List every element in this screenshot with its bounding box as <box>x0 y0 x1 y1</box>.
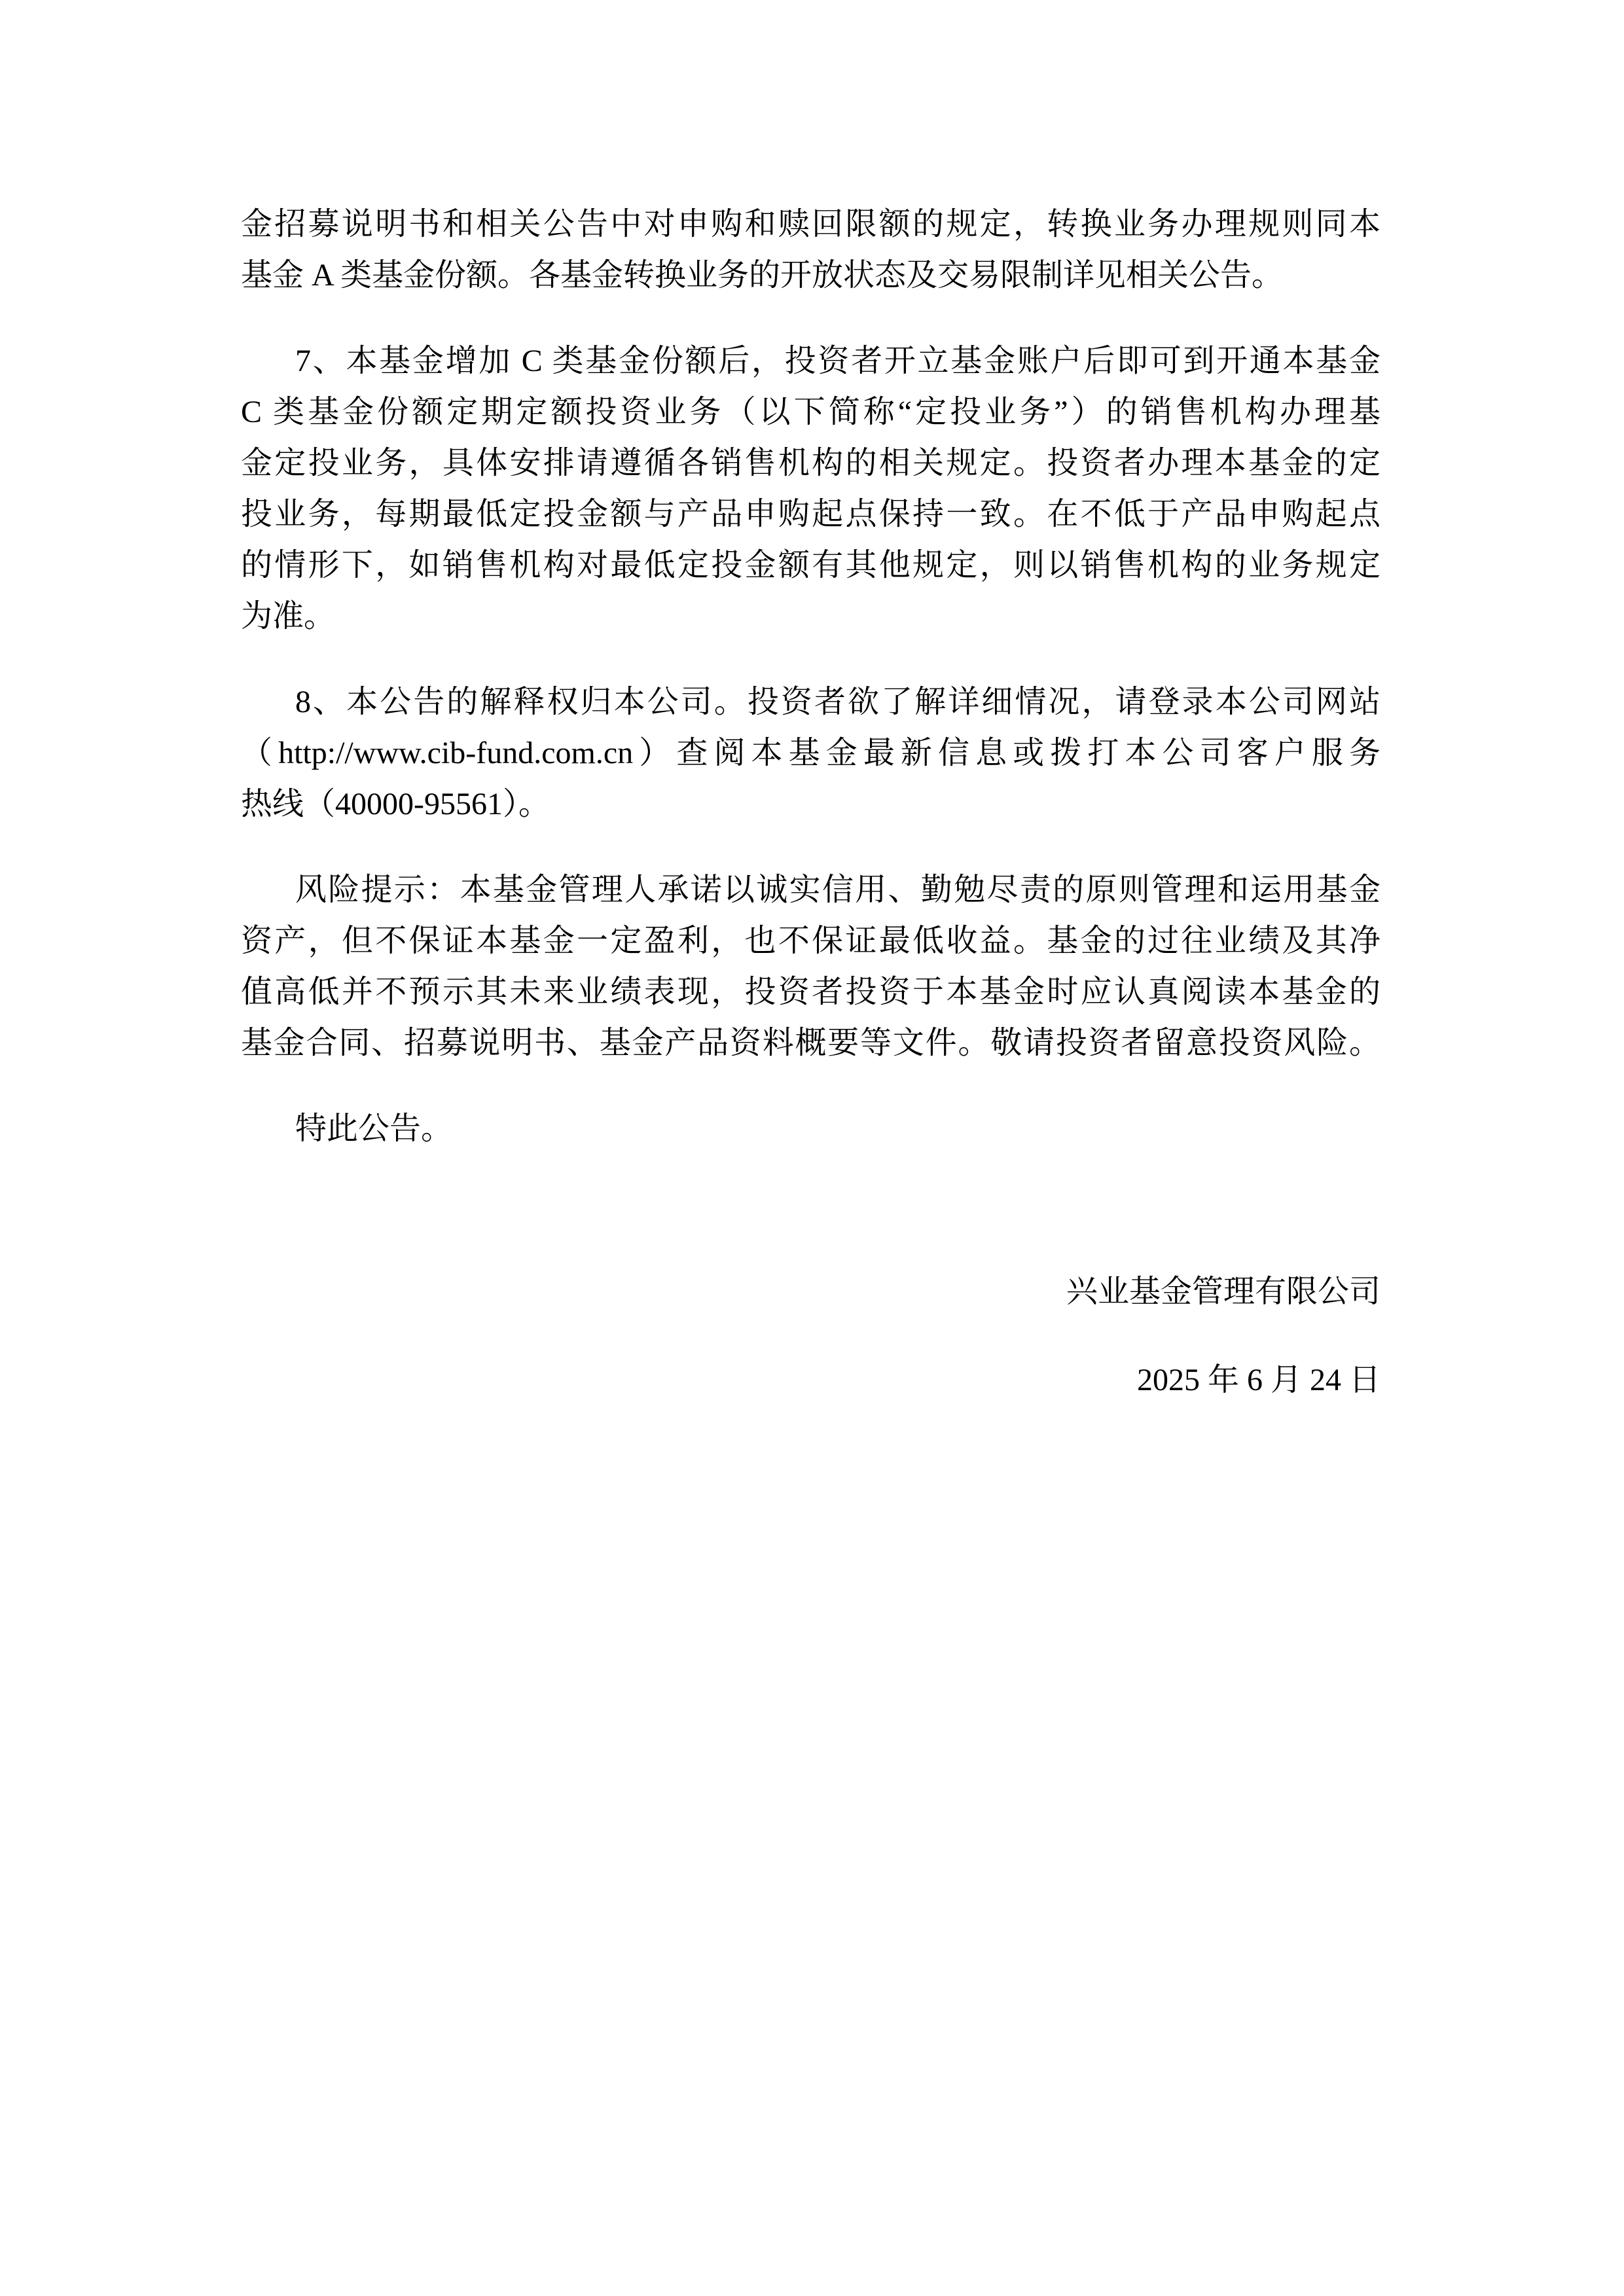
item-8-paragraph: 8、本公告的解释权归本公司。投资者欲了解详细情况，请登录本公司网站（http:/… <box>241 677 1380 830</box>
text-line: 风险提示：本基金管理人承诺以诚实信用、勤勉尽责的原则管理和运用基金 <box>241 865 1380 916</box>
text-line: 金定投业务，具体安排请遵循各销售机构的相关规定。投资者办理本基金的定 <box>241 438 1380 489</box>
text-line: 的情形下，如销售机构对最低定投金额有其他规定，则以销售机构的业务规定 <box>241 540 1380 591</box>
risk-warning-paragraph: 风险提示：本基金管理人承诺以诚实信用、勤勉尽责的原则管理和运用基金资产，但不保证… <box>241 865 1380 1069</box>
text-line: 基金合同、招募说明书、基金产品资料概要等文件。敬请投资者留意投资风险。 <box>241 1018 1380 1069</box>
announcement-date: 2025 年 6 月 24 日 <box>241 1355 1380 1406</box>
text-line: 投业务，每期最低定投金额与产品申购起点保持一致。在不低于产品申购起点 <box>241 489 1380 540</box>
text-line: 特此公告。 <box>241 1103 1380 1155</box>
text-line: 值高低并不预示其未来业绩表现，投资者投资于本基金时应认真阅读本基金的 <box>241 967 1380 1018</box>
text-line: 资产，但不保证本基金一定盈利，也不保证最低收益。基金的过往业绩及其净 <box>241 916 1380 967</box>
text-line: C 类基金份额定期定额投资业务（以下简称“定投业务”）的销售机构办理基 <box>241 387 1380 438</box>
continuation-paragraph: 金招募说明书和相关公告中对申购和赎回限额的规定，转换业务办理规则同本基金 A 类… <box>241 199 1380 301</box>
text-line: 8、本公告的解释权归本公司。投资者欲了解详细情况，请登录本公司网站 <box>241 677 1380 728</box>
company-signature: 兴业基金管理有限公司 <box>241 1266 1380 1318</box>
document-page: 金招募说明书和相关公告中对申购和赎回限额的规定，转换业务办理规则同本基金 A 类… <box>0 0 1624 2296</box>
paragraph-container: 金招募说明书和相关公告中对申购和赎回限额的规定，转换业务办理规则同本基金 A 类… <box>241 199 1380 1155</box>
closing-paragraph: 特此公告。 <box>241 1103 1380 1155</box>
text-line: 7、本基金增加 C 类基金份额后，投资者开立基金账户后即可到开通本基金 <box>241 336 1380 387</box>
text-line: 为准。 <box>241 591 1380 642</box>
text-line: 热线（40000-95561）。 <box>241 779 1380 830</box>
text-line: 基金 A 类基金份额。各基金转换业务的开放状态及交易限制详见相关公告。 <box>241 250 1380 301</box>
document-content: 金招募说明书和相关公告中对申购和赎回限额的规定，转换业务办理规则同本基金 A 类… <box>241 199 1380 1406</box>
text-line: 金招募说明书和相关公告中对申购和赎回限额的规定，转换业务办理规则同本 <box>241 199 1380 250</box>
item-7-paragraph: 7、本基金增加 C 类基金份额后，投资者开立基金账户后即可到开通本基金C 类基金… <box>241 336 1380 642</box>
text-line: （http://www.cib-fund.com.cn）查阅本基金最新信息或拨打… <box>241 728 1380 779</box>
